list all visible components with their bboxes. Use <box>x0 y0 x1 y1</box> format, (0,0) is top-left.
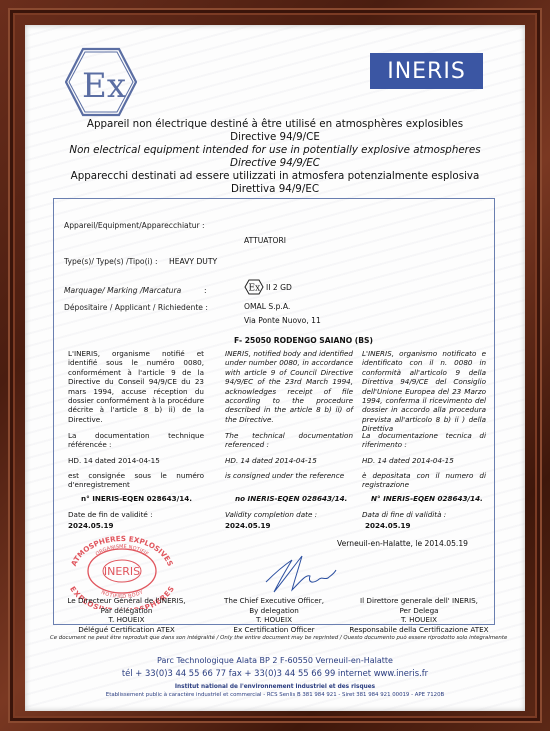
applicant-street: Via Ponte Nuovo, 11 <box>244 316 321 325</box>
sig-fr-role: Délégué Certification ATEX <box>54 625 199 635</box>
marking-value: II 2 GD <box>266 283 292 292</box>
fr-registration-number: n° INERIS-EQEN 028643/14. <box>81 494 217 503</box>
type-label: Type(s)/ Type(s) /Tipo(i) : <box>64 257 158 266</box>
en-consigned: is consigned under the reference <box>225 471 353 480</box>
it-doc-label: La documentazione tecnica di riferimento… <box>362 431 486 450</box>
fr-consigned: est consignée sous le numéro d'enregistr… <box>68 471 204 490</box>
ex-hexagon-logo: Ex <box>65 47 137 117</box>
svg-text:ORGANISME NOTIFIE: ORGANISME NOTIFIE <box>95 544 150 558</box>
equipment-value: ATTUATORI <box>244 236 286 245</box>
sig-it-delegation: Per Delega <box>344 606 494 616</box>
reproduction-notice: Ce document ne peut être reproduit que d… <box>50 635 510 642</box>
type-value: HEAVY DUTY <box>169 257 217 266</box>
it-consigned: è depositata con il numero di registrazi… <box>362 471 486 490</box>
en-validity-label: Validity completion date : <box>225 510 353 519</box>
applicant-name: OMAL S.p.A. <box>244 302 290 311</box>
fr-validity-date: 2024.05.19 <box>68 521 204 530</box>
signature-block-en: The Chief Executive Officer, By delegati… <box>204 596 344 634</box>
sig-en-role: Ex Certification Officer <box>204 625 344 635</box>
marking-colon: : <box>204 286 207 295</box>
it-registration-number: N° INERIS-EQEN 028643/14. <box>371 494 495 503</box>
header-it-directive: Direttiva 94/9/EC <box>25 183 525 196</box>
sig-it-name: T. HOUEIX <box>344 615 494 625</box>
fr-validity-label: Date de fin de validité : <box>68 510 204 519</box>
sig-fr-delegation: Par délégation <box>54 606 199 616</box>
sig-en-delegation: By delegation <box>204 606 344 616</box>
svg-text:INERIS: INERIS <box>104 565 140 578</box>
it-body: L'INERIS, organismo notificato e identif… <box>362 349 486 434</box>
certificate: Ex INERIS Appareil non électrique destin… <box>25 25 525 711</box>
sig-it-role: Responsabile della Certificazione ATEX <box>344 625 494 635</box>
equipment-label: Appareil/Equipment/Apparecchiatur : <box>64 221 205 230</box>
en-validity-date: 2024.05.19 <box>225 521 353 530</box>
fr-doc-label: La documentation technique référencée : <box>68 431 204 450</box>
marking-label: Marquage/ Marking /Marcatura <box>64 286 181 295</box>
it-validity-date: 2024.05.19 <box>365 521 489 530</box>
footer-address: Parc Technologique Alata BP 2 F-60550 Ve… <box>25 656 525 665</box>
signature-block-fr: Le Directeur Général de l'INERIS, Par dé… <box>54 596 199 634</box>
sig-en-title: The Chief Executive Officer, <box>204 596 344 606</box>
sig-fr-title: Le Directeur Général de l'INERIS, <box>54 596 199 606</box>
svg-text:Ex: Ex <box>82 66 126 106</box>
ineris-logo-text: INERIS <box>387 59 466 84</box>
certificate-body: Appareil/Equipment/Apparecchiatur : ATTU… <box>53 198 495 625</box>
signature <box>264 554 339 594</box>
place-date: Verneuil-en-Halatte, le 2014.05.19 <box>337 539 497 548</box>
footer-legal: Etablissement public à caractère industr… <box>25 692 525 698</box>
ex-marking-icon: Ex <box>244 279 264 295</box>
header-it-title: Apparecchi destinati ad essere utilizzat… <box>25 170 525 183</box>
fr-body: L'INERIS, organisme notifié et identifié… <box>68 349 204 424</box>
en-body: INERIS, notified body and identified und… <box>225 349 353 424</box>
svg-text:ATMOSPHERES EXPLOSIVES: ATMOSPHERES EXPLOSIVES <box>69 534 175 568</box>
fr-doc-ref: HD. 14 dated 2014-04-15 <box>68 456 204 465</box>
applicant-city: F- 25050 RODENGO SAIANO (BS) <box>234 336 373 345</box>
sig-en-name: T. HOUEIX <box>204 615 344 625</box>
en-doc-ref: HD. 14 dated 2014-04-15 <box>225 456 353 465</box>
header-en-directive: Directive 94/9/EC <box>25 157 525 170</box>
header-en-title: Non electrical equipment intended for us… <box>25 144 525 157</box>
footer-contact: tél + 33(0)3 44 55 66 77 fax + 33(0)3 44… <box>25 668 525 678</box>
applicant-label: Dépositaire / Applicant / Richiedente : <box>64 303 208 312</box>
it-doc-ref: HD. 14 dated 2014-04-15 <box>362 456 486 465</box>
it-validity-label: Data di fine di validità : <box>362 510 486 519</box>
en-doc-label: The technical documentation referenced : <box>225 431 353 450</box>
sig-fr-name: T. HOUEIX <box>54 615 199 625</box>
footer-institute: Institut national de l'environnement ind… <box>25 684 525 690</box>
ineris-logo: INERIS <box>370 53 483 89</box>
signature-block-it: Il Direttore generale dell' INERIS, Per … <box>344 596 494 634</box>
header-fr-directive: Directive 94/9/CE <box>25 131 525 144</box>
svg-text:Ex: Ex <box>249 284 261 294</box>
en-registration-number: no INERIS-EQEN 028643/14. <box>235 494 363 503</box>
sig-it-title: Il Direttore generale dell' INERIS, <box>344 596 494 606</box>
header-fr-title: Appareil non électrique destiné à être u… <box>25 118 525 131</box>
